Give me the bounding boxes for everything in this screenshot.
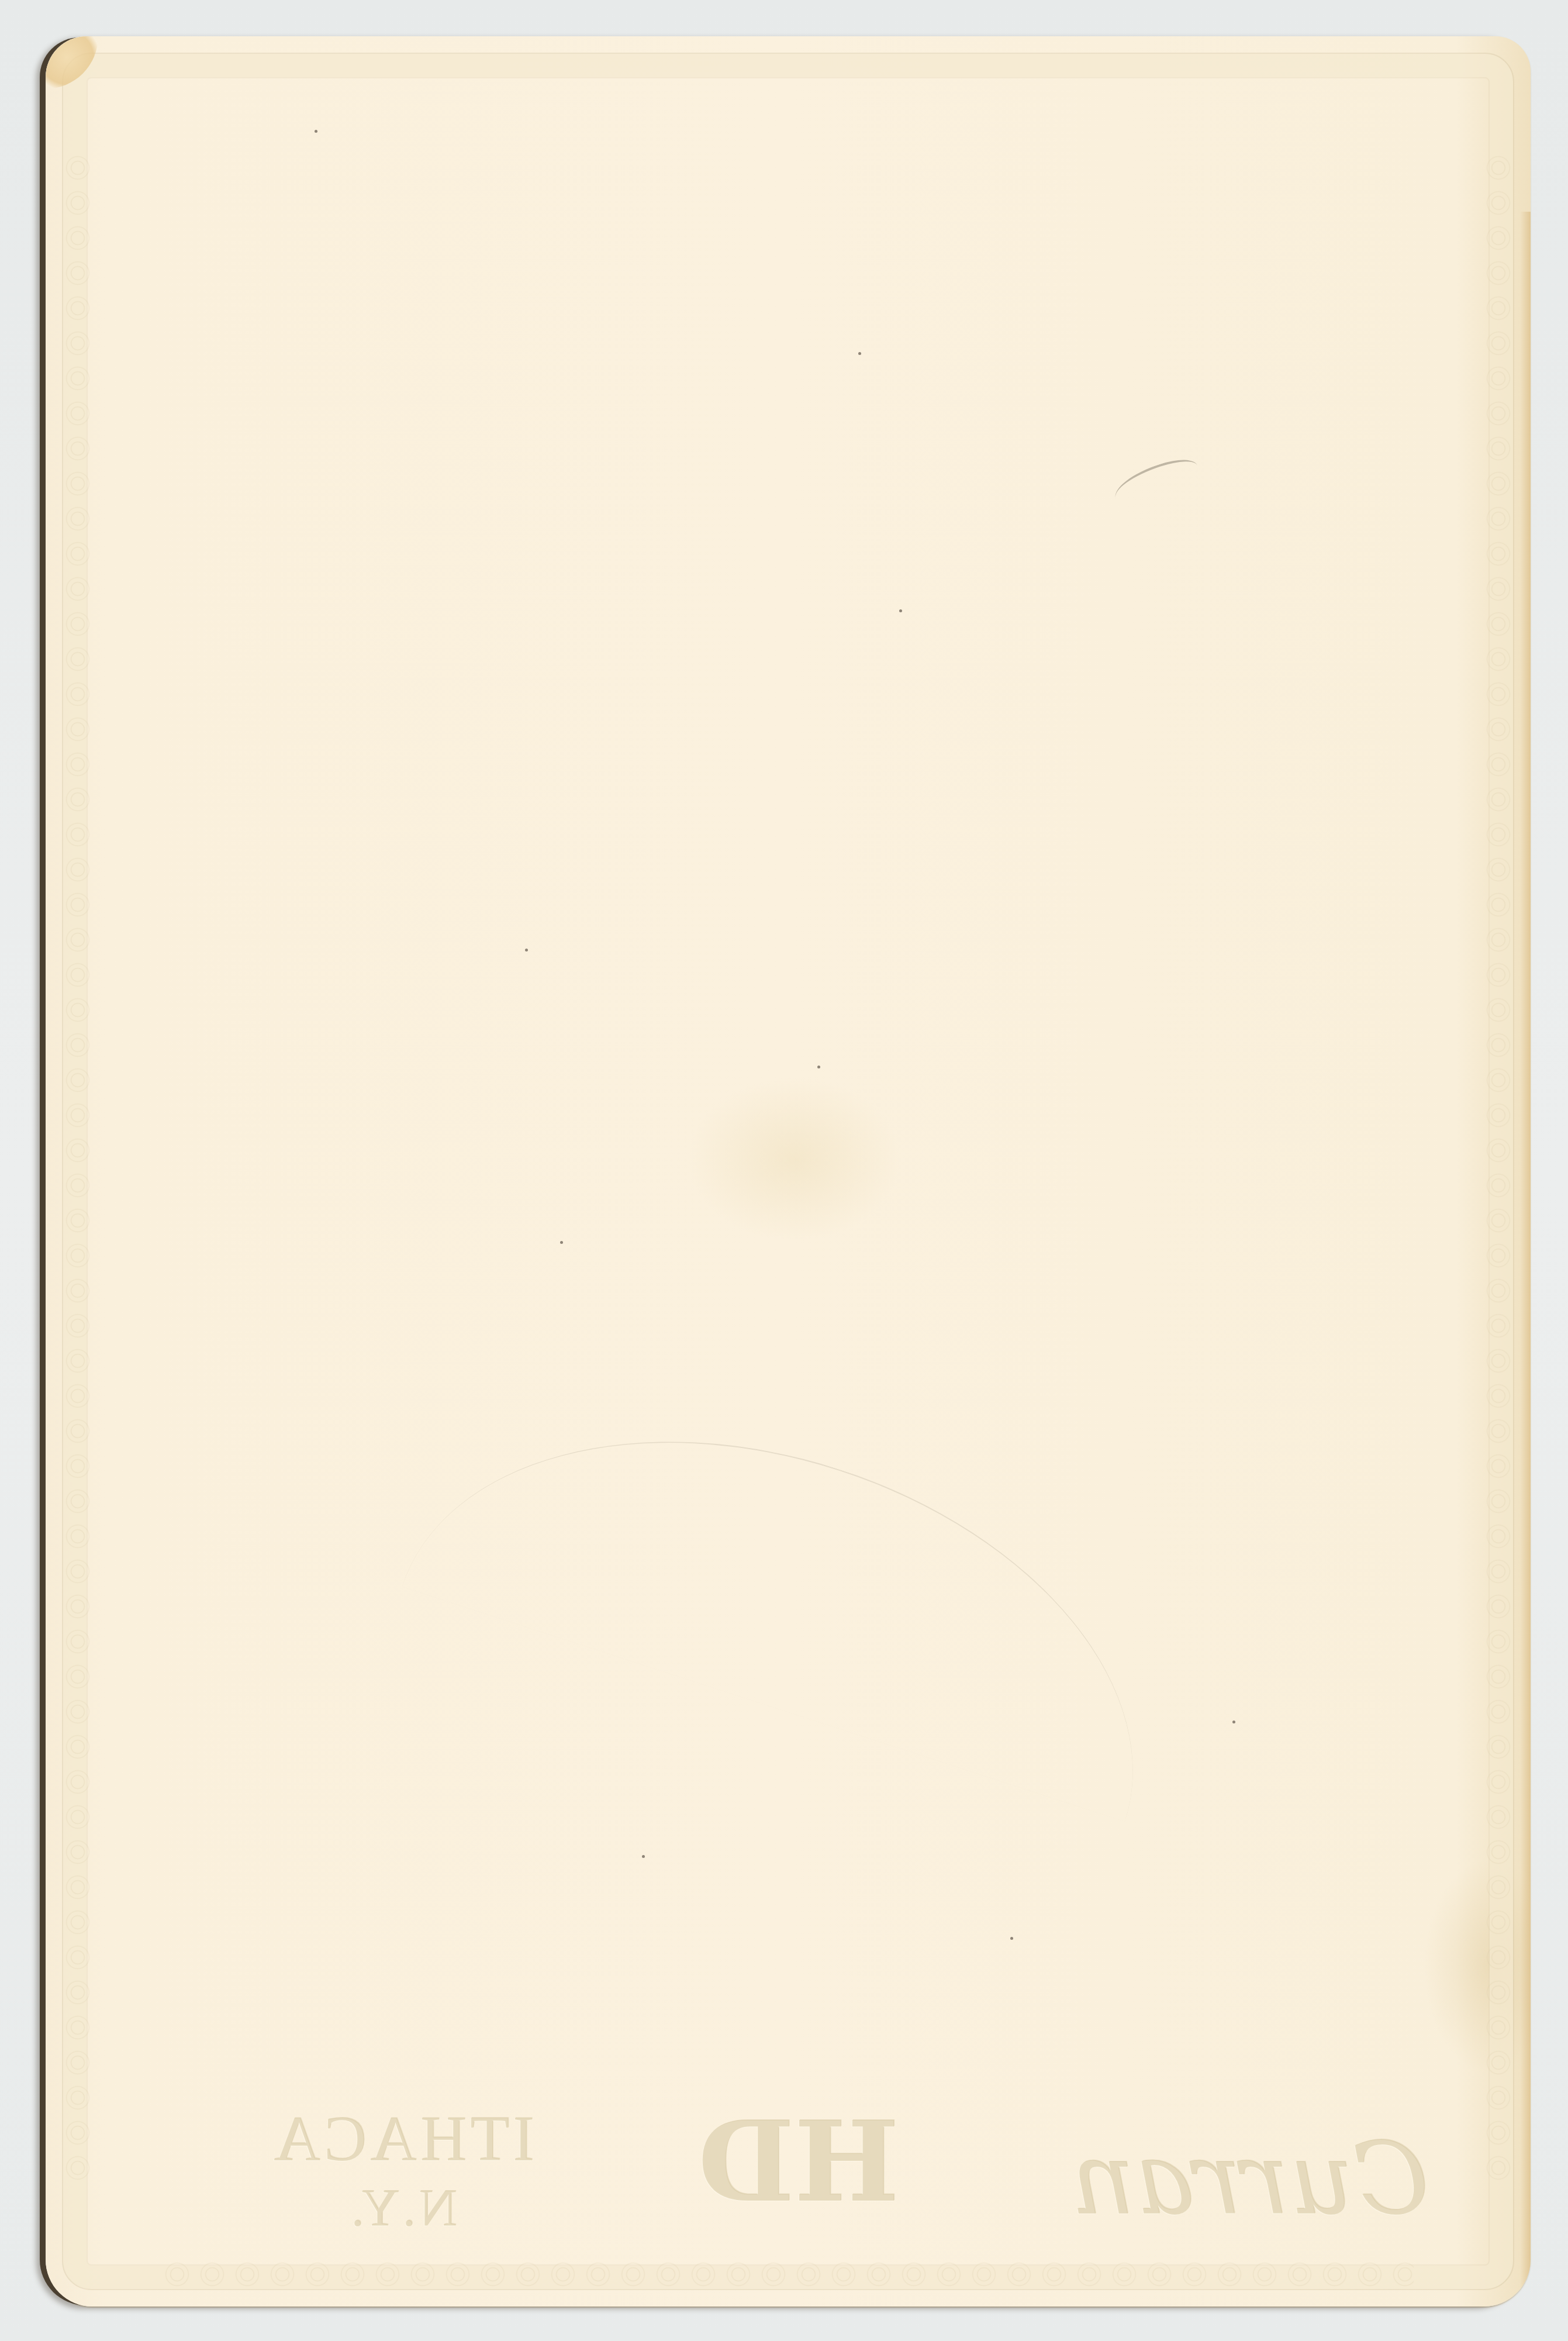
speck bbox=[525, 949, 528, 951]
cabinet-card-back: ITHACA N.Y. HD Curran bbox=[46, 36, 1531, 2306]
imprint-city-line1: ITHACA bbox=[270, 2103, 534, 2174]
edge-foxing-stain bbox=[1520, 212, 1531, 2306]
bent-corner bbox=[46, 36, 98, 89]
embossed-swirl-border-left bbox=[63, 153, 92, 2190]
imprint-monogram: HD bbox=[747, 2106, 899, 2218]
imprint-photographer-name: Curran bbox=[1069, 2130, 1431, 2229]
speck bbox=[642, 1855, 645, 1858]
speck bbox=[315, 130, 317, 133]
surface-scratch bbox=[402, 1352, 1201, 1822]
embossed-swirl-border-bottom bbox=[163, 2260, 1414, 2289]
imprint-city: ITHACA N.Y. bbox=[239, 2106, 566, 2235]
speck bbox=[899, 609, 902, 612]
speck bbox=[1010, 1937, 1013, 1940]
embossed-swirl-border-right bbox=[1484, 153, 1513, 2190]
speck bbox=[560, 1241, 563, 1244]
beveled-border bbox=[62, 53, 1514, 2290]
speck bbox=[1232, 1721, 1235, 1723]
speck bbox=[858, 352, 861, 355]
imprint-city-line2: N.Y. bbox=[239, 2183, 566, 2235]
scan-background: ITHACA N.Y. HD Curran bbox=[0, 0, 1568, 2341]
speck bbox=[817, 1066, 820, 1068]
pencil-mark bbox=[1110, 453, 1203, 511]
